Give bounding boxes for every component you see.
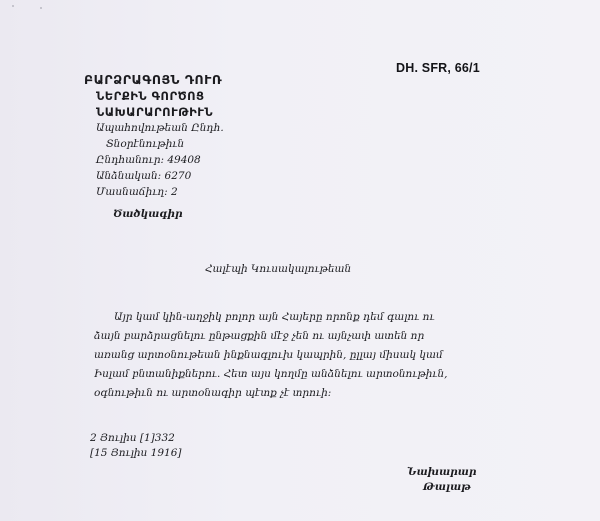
body-line: առանց արտօնութեան ինքնագլուխ կապրին, ըլլ… bbox=[94, 346, 484, 365]
body-line: օգնութիւն ու արտօնագիր պէտք չէ տրուի: bbox=[94, 384, 484, 403]
security-directorate-line: Ապահովութեան Ընդհ. bbox=[96, 120, 264, 136]
scan-artifact bbox=[12, 5, 14, 7]
addressee: Հալէպի Կուսակալութեան bbox=[205, 263, 351, 275]
body-line: Այր կամ կին-աղջիկ բոլոր այն Հայերը որոնք… bbox=[94, 308, 484, 327]
signatory-name: Թալաթ bbox=[423, 480, 476, 495]
scan-artifact bbox=[40, 7, 42, 9]
scanned-document-page: DH. SFR, 66/1 ԲԱՐՁՐԱԳՈՅՆ ԴՈՒՌ ՆԵՐՔԻՆ ԳՈՐ… bbox=[0, 0, 600, 521]
date-gregorian: [15 Յուլիս 1916] bbox=[90, 446, 181, 461]
general-number: Ընդհանուր: 49408 bbox=[96, 152, 264, 168]
branch-number: Մասնաճիւղ: 2 bbox=[96, 184, 264, 200]
date-block: 2 Յուլիս [1]332 [15 Յուլիս 1916] bbox=[90, 431, 181, 461]
signature-block: Նախարար Թալաթ bbox=[407, 465, 476, 495]
letterhead-line-sublime-porte: ԲԱՐՁՐԱԳՈՅՆ ԴՈՒՌ bbox=[84, 72, 264, 88]
signatory-title: Նախարար bbox=[407, 465, 476, 480]
date-rumi: 2 Յուլիս [1]332 bbox=[90, 431, 181, 446]
letterhead-line-interior: ՆԵՐՔԻՆ ԳՈՐԾՈՑ bbox=[96, 88, 264, 104]
letterhead-line-ministry: ՆԱԽԱՐԱՐՈՒԹԻՒՆ bbox=[96, 104, 264, 120]
body-line: ձայն բարձրացնելու ընթացքին մէջ չեն ու այ… bbox=[94, 327, 484, 346]
classification-label: Ծածկագիր bbox=[113, 208, 183, 220]
telegram-body: Այր կամ կին-աղջիկ բոլոր այն Հայերը որոնք… bbox=[94, 308, 484, 403]
body-line: Իսլամ բնտանիքներու. Հետ այս կողմը անձնել… bbox=[94, 365, 484, 384]
archive-reference-code: DH. SFR, 66/1 bbox=[396, 61, 480, 75]
letterhead: ԲԱՐՁՐԱԳՈՅՆ ԴՈՒՌ ՆԵՐՔԻՆ ԳՈՐԾՈՑ ՆԱԽԱՐԱՐՈՒԹ… bbox=[84, 72, 264, 200]
personal-number: Անձնական: 6270 bbox=[96, 168, 264, 184]
directorate-line: Տնօրէնութիւն bbox=[106, 136, 264, 152]
